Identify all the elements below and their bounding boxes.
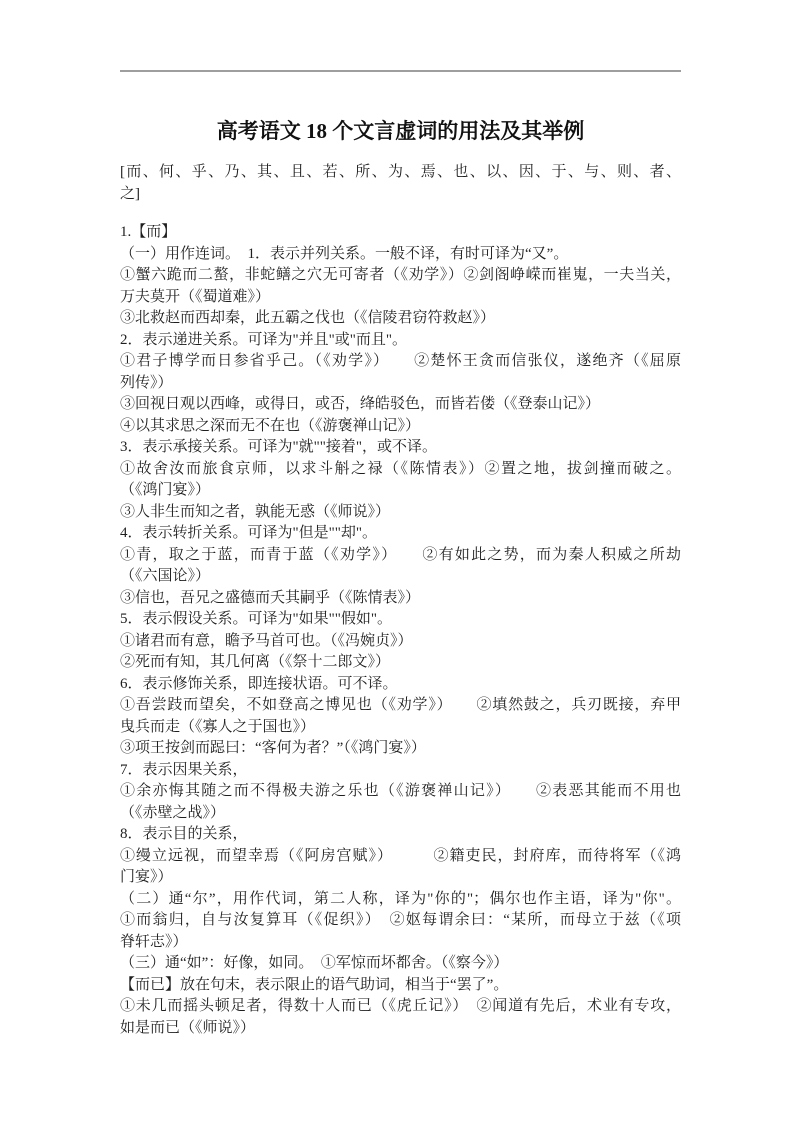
body-line: 2．表示递进关系。可译为"并且"或"而且"。 — [120, 330, 681, 352]
body-line: 5．表示假设关系。可译为"如果""假如"。 — [120, 609, 681, 631]
body-line: 脊轩志》） — [120, 932, 681, 954]
body-line: （一）用作连词。 1．表示并列关系。一般不译，有时可译为“又”。 — [120, 244, 681, 266]
body-line: ①吾尝跂而望矣，不如登高之博见也（《劝学》） ②填然鼓之，兵刃既接，弃甲 — [120, 695, 681, 717]
body-line: ②死而有知，其几何离（《祭十二郎文》） — [120, 652, 681, 674]
word-list-line: [而、何、乎、乃、其、且、若、所、为、焉、也、以、因、于、与、则、者、 — [120, 161, 681, 183]
body-line: ③信也，吾兄之盛德而夭其嗣乎（《陈情表》） — [120, 588, 681, 610]
body-line: ③北救赵而西却秦，此五霸之伐也（《信陵君窃符救赵》） — [120, 308, 681, 330]
body-line: 7．表示因果关系， — [120, 760, 681, 782]
word-list-line: 之] — [120, 183, 681, 205]
body-line: ③回视日观以西峰，或得日，或否，绛皓驳色，而皆若偻（《登泰山记》） — [120, 394, 681, 416]
body-line: 万夫莫开（《蜀道难》） — [120, 287, 681, 309]
body-line: （二）通“尔”，用作代词，第二人称，译为"你的"；偶尔也作主语，译为"你"。 — [120, 889, 681, 911]
body-line: （《六国论》） — [120, 566, 681, 588]
body-line: ①蟹六跪而二螯，非蛇鳝之穴无可寄者（《劝学》）②剑阁峥嵘而崔嵬，一夫当关， — [120, 265, 681, 287]
body-line: （《赤壁之战》） — [120, 803, 681, 825]
document-title: 高考语文 18 个文言虚词的用法及其举例 — [120, 117, 681, 145]
body-line: 如是而已（《师说》） — [120, 1018, 681, 1040]
body-line: 门宴》） — [120, 867, 681, 889]
body-line: 4．表示转折关系。可译为"但是""却"。 — [120, 523, 681, 545]
top-rule-divider — [120, 70, 681, 72]
body-line: 1.【而】 — [120, 222, 681, 244]
document-body: 1.【而】 （一）用作连词。 1．表示并列关系。一般不译，有时可译为“又”。 ①… — [120, 222, 681, 1039]
body-line: ①缦立远视，而望幸焉（《阿房宫赋》） ②籍吏民，封府库，而待将军（《鸿 — [120, 846, 681, 868]
body-line: ①而翁归，自与汝复算耳（《促织》） ②妪每谓余曰：“某所，而母立于兹（《项 — [120, 910, 681, 932]
body-line: 8．表示目的关系， — [120, 824, 681, 846]
body-line: ①故舍汝而旅食京师，以求斗斛之禄（《陈情表》）②置之地，拔剑撞而破之。 — [120, 459, 681, 481]
body-line: ①余亦悔其随之而不得极夫游之乐也（《游褒禅山记》） ②表恶其能而不用也 — [120, 781, 681, 803]
body-line: 列传》） — [120, 373, 681, 395]
body-line: （《鸿门宴》） — [120, 480, 681, 502]
body-line: ③人非生而知之者，孰能无惑（《师说》） — [120, 502, 681, 524]
body-line: ③项王按剑而跽曰：“客何为者？”（《鸿门宴》） — [120, 738, 681, 760]
body-line: 3．表示承接关系。可译为"就""接着"，或不译。 — [120, 437, 681, 459]
body-line: ①未几而摇头顿足者，得数十人而已（《虎丘记》） ②闻道有先后，术业有专攻， — [120, 996, 681, 1018]
body-line: ①青，取之于蓝，而青于蓝（《劝学》） ②有如此之势，而为秦人积威之所劫 — [120, 545, 681, 567]
body-line: ①君子博学而日参省乎己。（《劝学》） ②楚怀王贪而信张仪，遂绝齐（《屈原 — [120, 351, 681, 373]
body-line: 曳兵而走（《寡人之于国也》） — [120, 717, 681, 739]
body-line: 【而已】放在句末，表示限止的语气助词，相当于“罢了”。 — [120, 975, 681, 997]
body-line: 6．表示修饰关系，即连接状语。可不译。 — [120, 674, 681, 696]
body-line: （三）通“如”：好像，如同。 ①军惊而坏都舍。（《察今》） — [120, 953, 681, 975]
function-word-list: [而、何、乎、乃、其、且、若、所、为、焉、也、以、因、于、与、则、者、 之] — [120, 161, 681, 205]
body-line: ④以其求思之深而无不在也（《游褒禅山记》） — [120, 416, 681, 438]
body-line: ①诸君而有意，瞻予马首可也。（《冯婉贞》） — [120, 631, 681, 653]
